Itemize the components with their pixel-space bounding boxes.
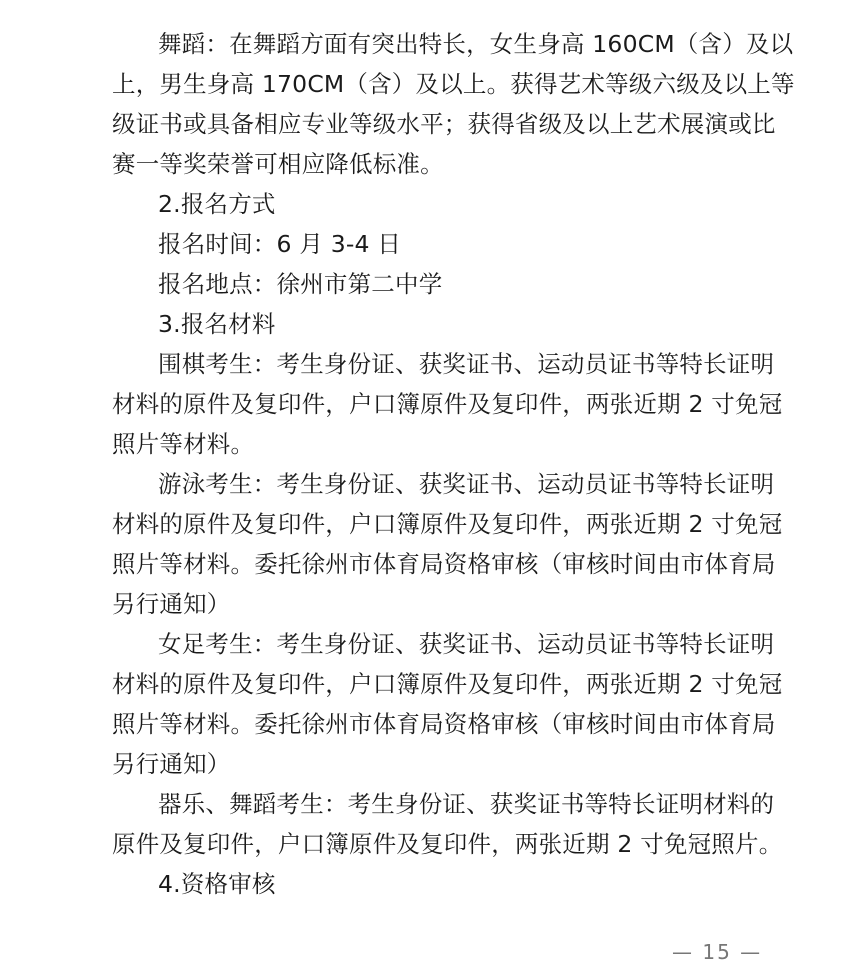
- registration-time: 报名时间：6 月 3-4 日: [158, 224, 401, 264]
- paragraph-dance-requirement-line-4: 赛一等奖荣誉可相应降低标准。: [112, 144, 444, 184]
- paragraph-go-materials-line-2: 材料的原件及复印件，户口簿原件及复印件，两张近期 2 寸免冠: [112, 384, 782, 424]
- paragraph-swimming-materials-line-4: 另行通知）: [112, 584, 231, 624]
- paragraph-music-dance-materials-line-2: 原件及复印件，户口簿原件及复印件，两张近期 2 寸免冠照片。: [112, 824, 782, 864]
- page-number: — 15 —: [672, 940, 762, 964]
- section-heading-registration-method: 2.报名方式: [158, 184, 276, 224]
- paragraph-dance-requirement-line-3: 级证书或具备相应专业等级水平；获得省级及以上艺术展演或比: [112, 104, 776, 144]
- paragraph-womens-football-materials-line-2: 材料的原件及复印件，户口簿原件及复印件，两张近期 2 寸免冠: [112, 664, 782, 704]
- paragraph-dance-requirement-line-1: 舞蹈：在舞蹈方面有突出特长，女生身高 160CM（含）及以: [158, 24, 793, 64]
- paragraph-dance-requirement-line-2: 上，男生身高 170CM（含）及以上。获得艺术等级六级及以上等: [112, 64, 795, 104]
- paragraph-swimming-materials-line-1: 游泳考生：考生身份证、获奖证书、运动员证书等特长证明: [158, 464, 774, 504]
- registration-location: 报名地点：徐州市第二中学: [158, 264, 442, 304]
- paragraph-music-dance-materials-line-1: 器乐、舞蹈考生：考生身份证、获奖证书等特长证明材料的: [158, 784, 774, 824]
- paragraph-womens-football-materials-line-3: 照片等材料。委托徐州市体育局资格审核（审核时间由市体育局: [112, 704, 776, 744]
- paragraph-swimming-materials-line-2: 材料的原件及复印件，户口簿原件及复印件，两张近期 2 寸免冠: [112, 504, 782, 544]
- section-heading-qualification-review: 4.资格审核: [158, 864, 276, 904]
- section-heading-registration-materials: 3.报名材料: [158, 304, 276, 344]
- paragraph-swimming-materials-line-3: 照片等材料。委托徐州市体育局资格审核（审核时间由市体育局: [112, 544, 776, 584]
- paragraph-go-materials-line-1: 围棋考生：考生身份证、获奖证书、运动员证书等特长证明: [158, 344, 774, 384]
- paragraph-womens-football-materials-line-1: 女足考生：考生身份证、获奖证书、运动员证书等特长证明: [158, 624, 774, 664]
- paragraph-womens-football-materials-line-4: 另行通知）: [112, 744, 231, 784]
- paragraph-go-materials-line-3: 照片等材料。: [112, 424, 254, 464]
